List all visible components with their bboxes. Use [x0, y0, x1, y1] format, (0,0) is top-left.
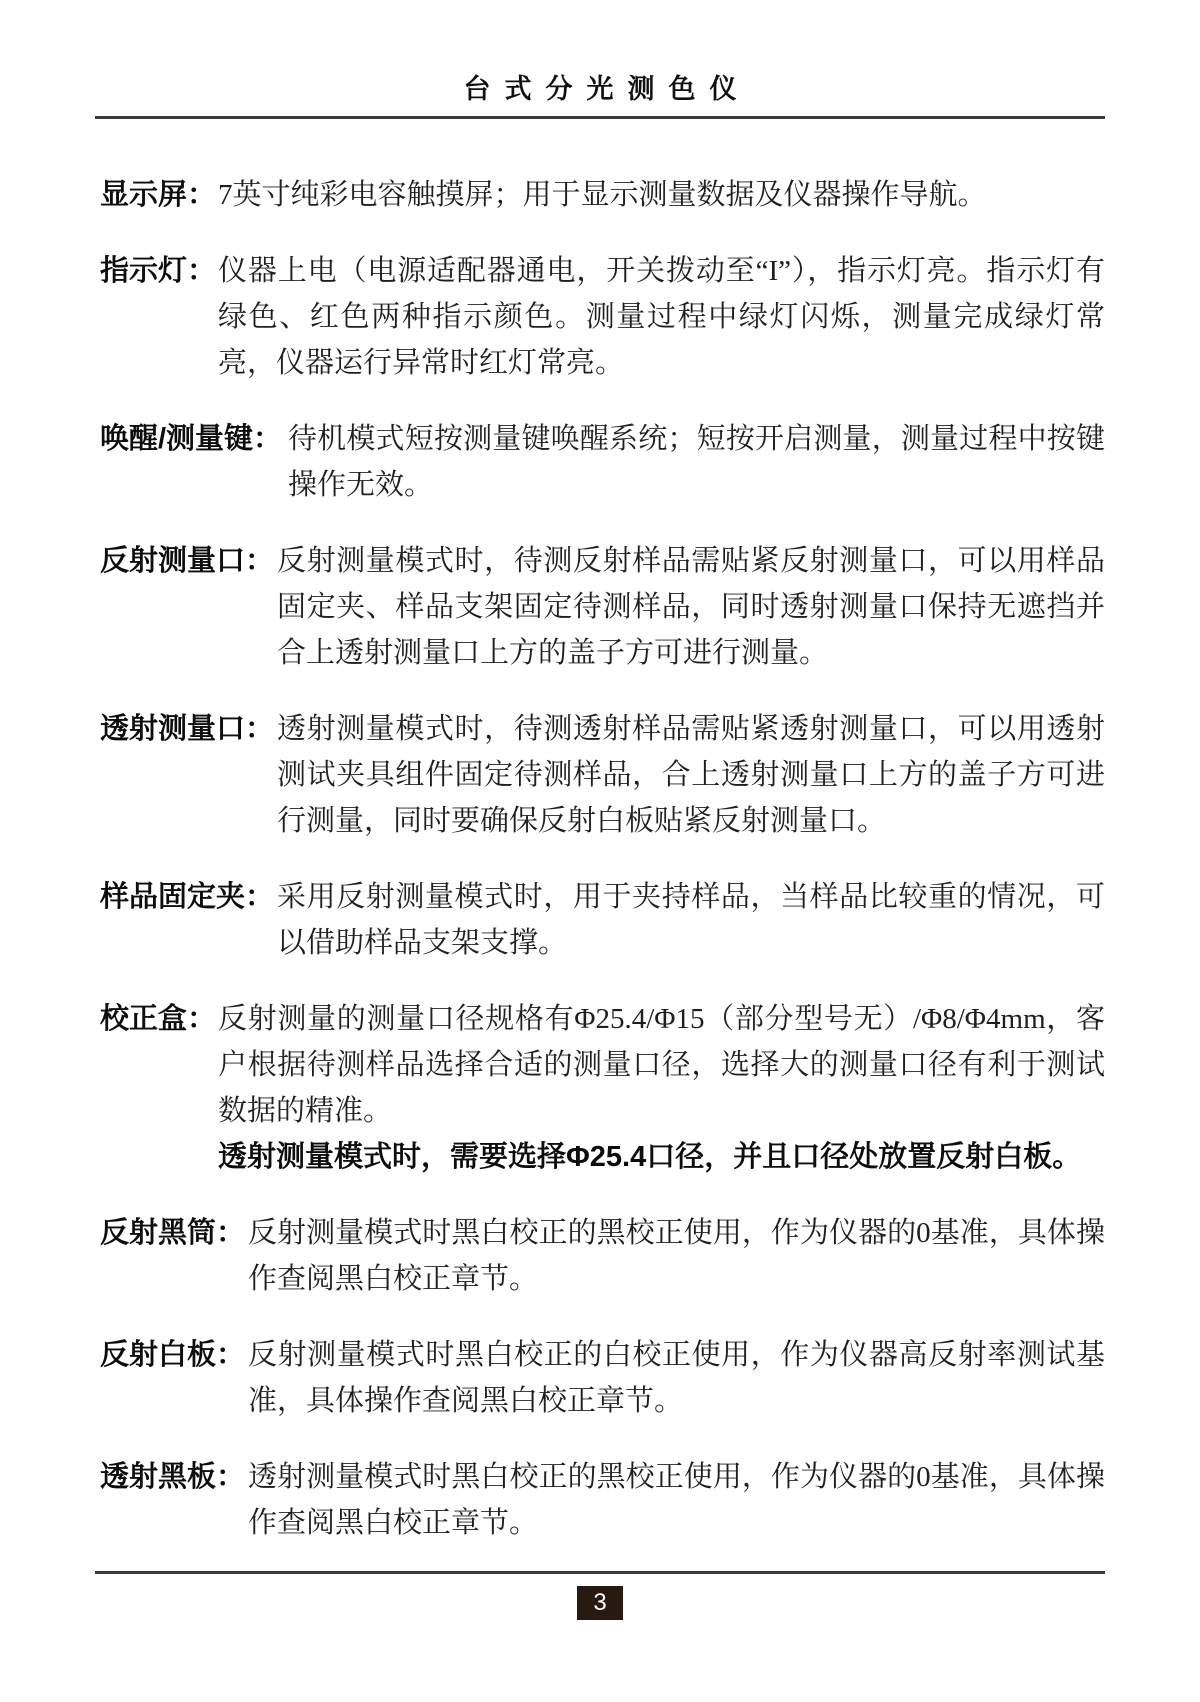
definition-term: 反射白板： — [100, 1332, 245, 1378]
definition-description: 待机模式短按测量键唤醒系统；短按开启测量，测量过程中按键操作无效。 — [288, 423, 1105, 501]
definition-description: 透射测量模式时，待测透射样品需贴紧透射测量口，可以用透射测试夹具组件固定待测样品… — [277, 713, 1105, 837]
definition-entry: 反射测量口：反射测量模式时，待测反射样品需贴紧反射测量口，可以用样品固定夹、样品… — [100, 538, 1105, 676]
document-page: 台式分光测色仪 显示屏：7英寸纯彩电容触摸屏；用于显示测量数据及仪器操作导航。 … — [0, 0, 1200, 1702]
definition-entry: 显示屏：7英寸纯彩电容触摸屏；用于显示测量数据及仪器操作导航。 — [100, 172, 1105, 218]
definition-entry: 反射黑筒：反射测量模式时黑白校正的黑校正使用，作为仪器的0基准，具体操作查阅黑白… — [100, 1210, 1105, 1302]
definition-entry: 样品固定夹：采用反射测量模式时，用于夹持样品，当样品比较重的情况，可以借助样品支… — [100, 874, 1105, 966]
definition-description: 反射测量模式时黑白校正的白校正使用，作为仪器高反射率测试基准，具体操作查阅黑白校… — [248, 1339, 1105, 1417]
header-rule — [95, 116, 1105, 119]
definition-entry: 指示灯：仪器上电（电源适配器通电，开关拨动至“I”），指示灯亮。指示灯有绿色、红… — [100, 248, 1105, 386]
definition-entry: 反射白板：反射测量模式时黑白校正的白校正使用，作为仪器高反射率测试基准，具体操作… — [100, 1332, 1105, 1424]
definition-description: 反射测量的测量口径规格有Φ25.4/Φ15（部分型号无）/Φ8/Φ4mm，客户根… — [218, 1003, 1105, 1127]
definition-description: 反射测量模式时黑白校正的黑校正使用，作为仪器的0基准，具体操作查阅黑白校正章节。 — [248, 1217, 1105, 1295]
definition-term: 唤醒/测量键： — [100, 416, 282, 462]
definition-entry: 唤醒/测量键：待机模式短按测量键唤醒系统；短按开启测量，测量过程中按键操作无效。 — [100, 416, 1105, 508]
definition-term: 透射测量口： — [100, 706, 274, 752]
footer-rule — [95, 1571, 1105, 1574]
definition-term: 样品固定夹： — [100, 874, 274, 920]
definition-description: 透射测量模式时黑白校正的黑校正使用，作为仪器的0基准，具体操作查阅黑白校正章节。 — [248, 1461, 1105, 1539]
definition-description: 7英寸纯彩电容触摸屏；用于显示测量数据及仪器操作导航。 — [218, 179, 987, 211]
page-title: 台式分光测色仪 — [0, 72, 1200, 106]
definition-description: 反射测量模式时，待测反射样品需贴紧反射测量口，可以用样品固定夹、样品支架固定待测… — [277, 545, 1105, 669]
definitions-list: 显示屏：7英寸纯彩电容触摸屏；用于显示测量数据及仪器操作导航。 指示灯：仪器上电… — [100, 172, 1105, 1576]
definition-term: 校正盒： — [100, 996, 216, 1042]
definition-term: 反射测量口： — [100, 538, 274, 584]
page-number-badge: 3 — [577, 1586, 623, 1620]
definition-term: 显示屏： — [100, 172, 216, 218]
definition-term: 反射黑筒： — [100, 1210, 245, 1256]
definition-term: 透射黑板： — [100, 1454, 245, 1500]
definition-term: 指示灯： — [100, 248, 216, 294]
definition-description: 采用反射测量模式时，用于夹持样品，当样品比较重的情况，可以借助样品支架支撑。 — [277, 881, 1105, 959]
definition-description: 仪器上电（电源适配器通电，开关拨动至“I”），指示灯亮。指示灯有绿色、红色两种指… — [218, 255, 1105, 379]
definition-entry: 透射黑板：透射测量模式时黑白校正的黑校正使用，作为仪器的0基准，具体操作查阅黑白… — [100, 1454, 1105, 1546]
definition-entry: 校正盒：反射测量的测量口径规格有Φ25.4/Φ15（部分型号无）/Φ8/Φ4mm… — [100, 996, 1105, 1180]
definition-entry: 透射测量口：透射测量模式时，待测透射样品需贴紧透射测量口，可以用透射测试夹具组件… — [100, 706, 1105, 844]
document-header: 台式分光测色仪 — [0, 0, 1200, 119]
definition-description-bold: 透射测量模式时，需要选择Φ25.4口径，并且口径处放置反射白板。 — [218, 1134, 1105, 1180]
